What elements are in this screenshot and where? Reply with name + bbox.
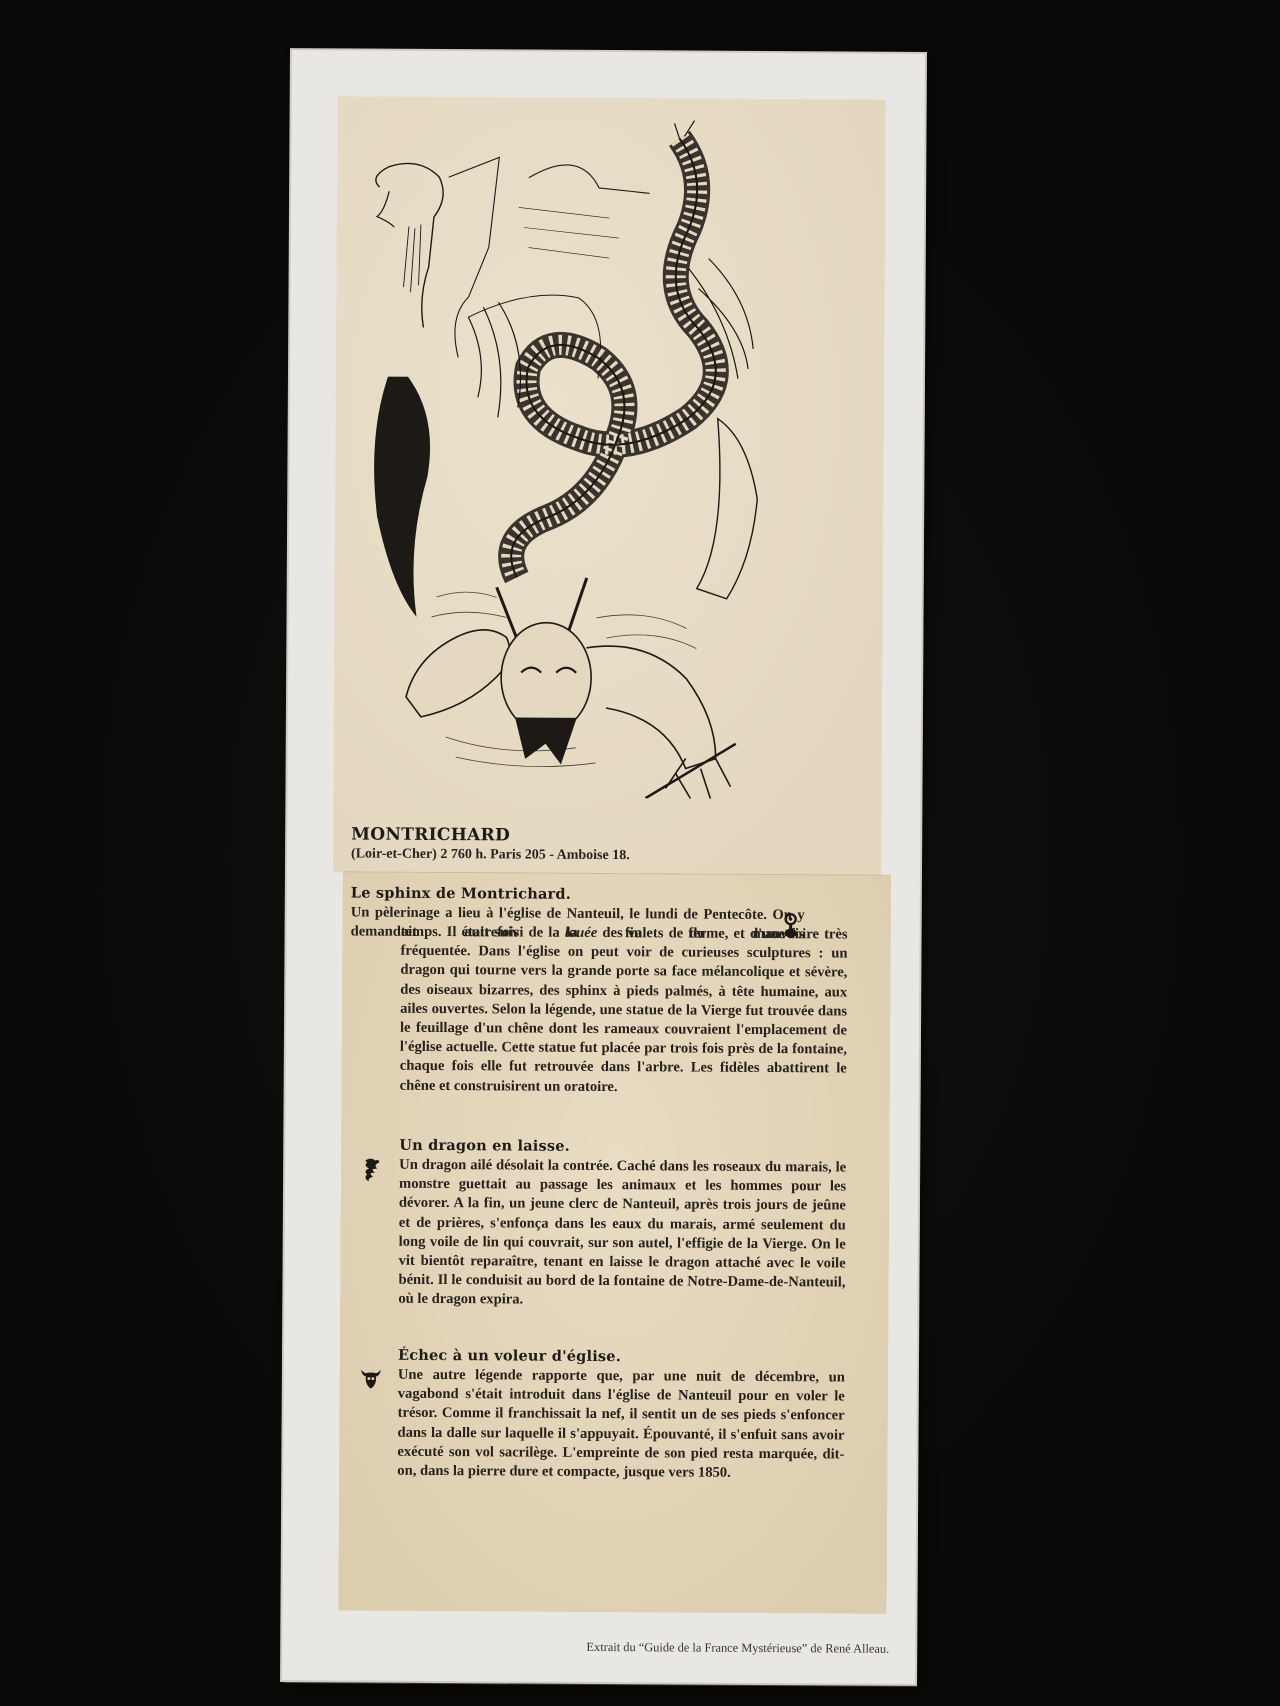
lower-clipping: temps. Il était suivi de la louée des va… [338,872,890,1613]
place-subtitle: (Loir-et-Cher) 2 760 h. Paris 205 - Ambo… [351,846,630,864]
place-title: MONTRICHARD [351,824,510,845]
upper-clipping [333,96,886,875]
sphinx-paragraph-continuation: temps. Il était suivi de la louée des va… [400,923,848,1099]
text-run: des valets de ferme, et d'une foire très… [400,925,848,1095]
mask-icon [360,1367,382,1393]
section-paragraph: Un pèlerinage a lieu à l'église de Nante… [351,903,805,944]
dragon-icon [361,1157,383,1183]
sphinx-section-continuation: temps. Il était suivi de la louée des va… [400,923,848,1099]
dragon-section: Un dragon en laisse. Un dragon ailé déso… [398,1137,846,1312]
lamp-icon [780,913,802,939]
mounted-card: temps. Il était suivi de la louée des va… [282,50,925,1684]
engraving-graphic [345,116,769,799]
section-paragraph: Un dragon ailé désolait la contrée. Cach… [398,1156,846,1312]
section-heading: Un dragon en laisse. [399,1137,846,1157]
section-paragraph: Une autre légende rapporte que, par une … [397,1366,845,1484]
section-heading: Échec à un voleur d'église. [398,1347,845,1367]
devil-dragon-illustration [345,116,769,799]
thief-section: Échec à un voleur d'église. Une autre lé… [397,1347,845,1484]
section-heading: Le sphinx de Montrichard. [351,884,805,904]
source-caption: Extrait du “Guide de la France Mystérieu… [586,1640,889,1657]
sphinx-section: Le sphinx de Montrichard. Un pèlerinage … [351,884,805,944]
